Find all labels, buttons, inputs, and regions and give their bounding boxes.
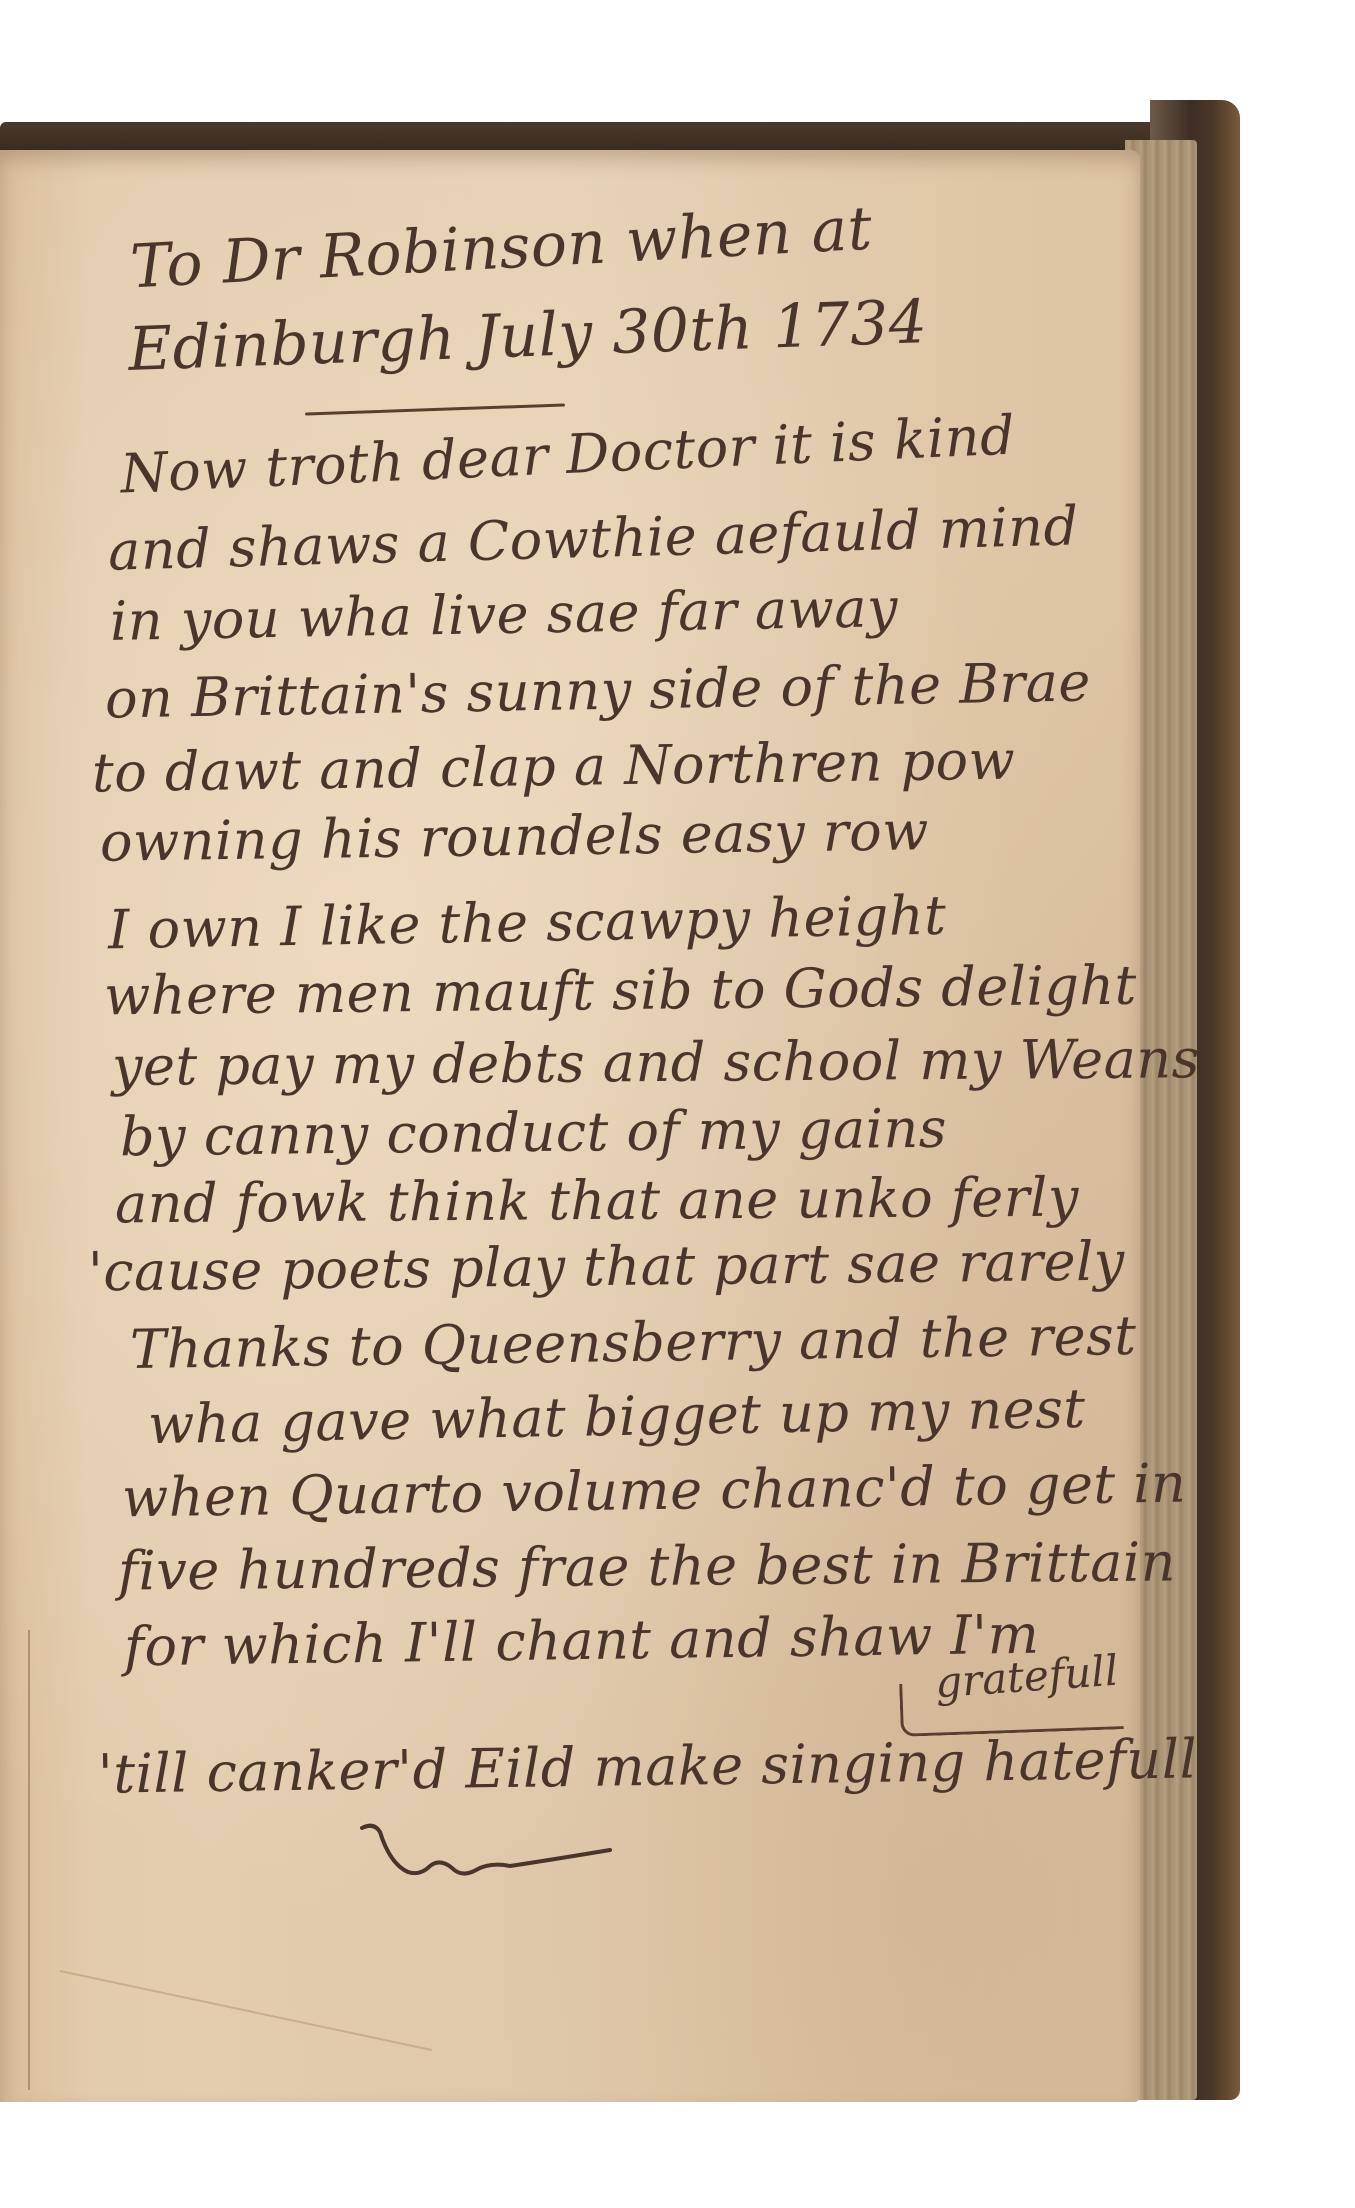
insertion-bracket <box>899 1676 1124 1737</box>
poem-line: five hundreds frae the best in Brittain <box>118 1535 1176 1598</box>
poem-line: to dawt and clap a Northren pow <box>92 734 1016 801</box>
poem-line: and fowk think that ane unko ferly <box>115 1171 1079 1232</box>
poem-line: I own I like the scawpy height <box>108 889 947 958</box>
poem-line: in you wha live sae far away <box>110 581 899 649</box>
poem-line-final: 'till canker'd Eild make singing hateful… <box>98 1732 1198 1801</box>
page-fold-line <box>60 1970 432 2051</box>
poem-line: where men mauft sib to Gods delight <box>104 959 1137 1024</box>
page-crease <box>28 1630 30 2090</box>
poem-line: wha gave what bigget up my nest <box>148 1382 1086 1452</box>
poem-line: when Quarto volume chanc'd to get in <box>122 1457 1187 1526</box>
poem-line: for which I'll chant and shaw I'm <box>124 1608 1040 1675</box>
poem-line: on Brittain's sunny side of the Brae <box>105 655 1092 726</box>
poem-line: yet pay my debts and school my Weans <box>112 1032 1200 1094</box>
poem-line: owning his roundels easy row <box>100 804 930 870</box>
poem-line: Thanks to Queensberry and the rest <box>130 1309 1137 1377</box>
closing-flourish <box>360 1820 620 1890</box>
poem-line: 'cause poets play that part sae rarely <box>88 1235 1125 1300</box>
poem-line: by canny conduct of my gains <box>120 1102 947 1165</box>
book: To Dr Robinson when at Edinburgh July 30… <box>0 0 1355 2208</box>
